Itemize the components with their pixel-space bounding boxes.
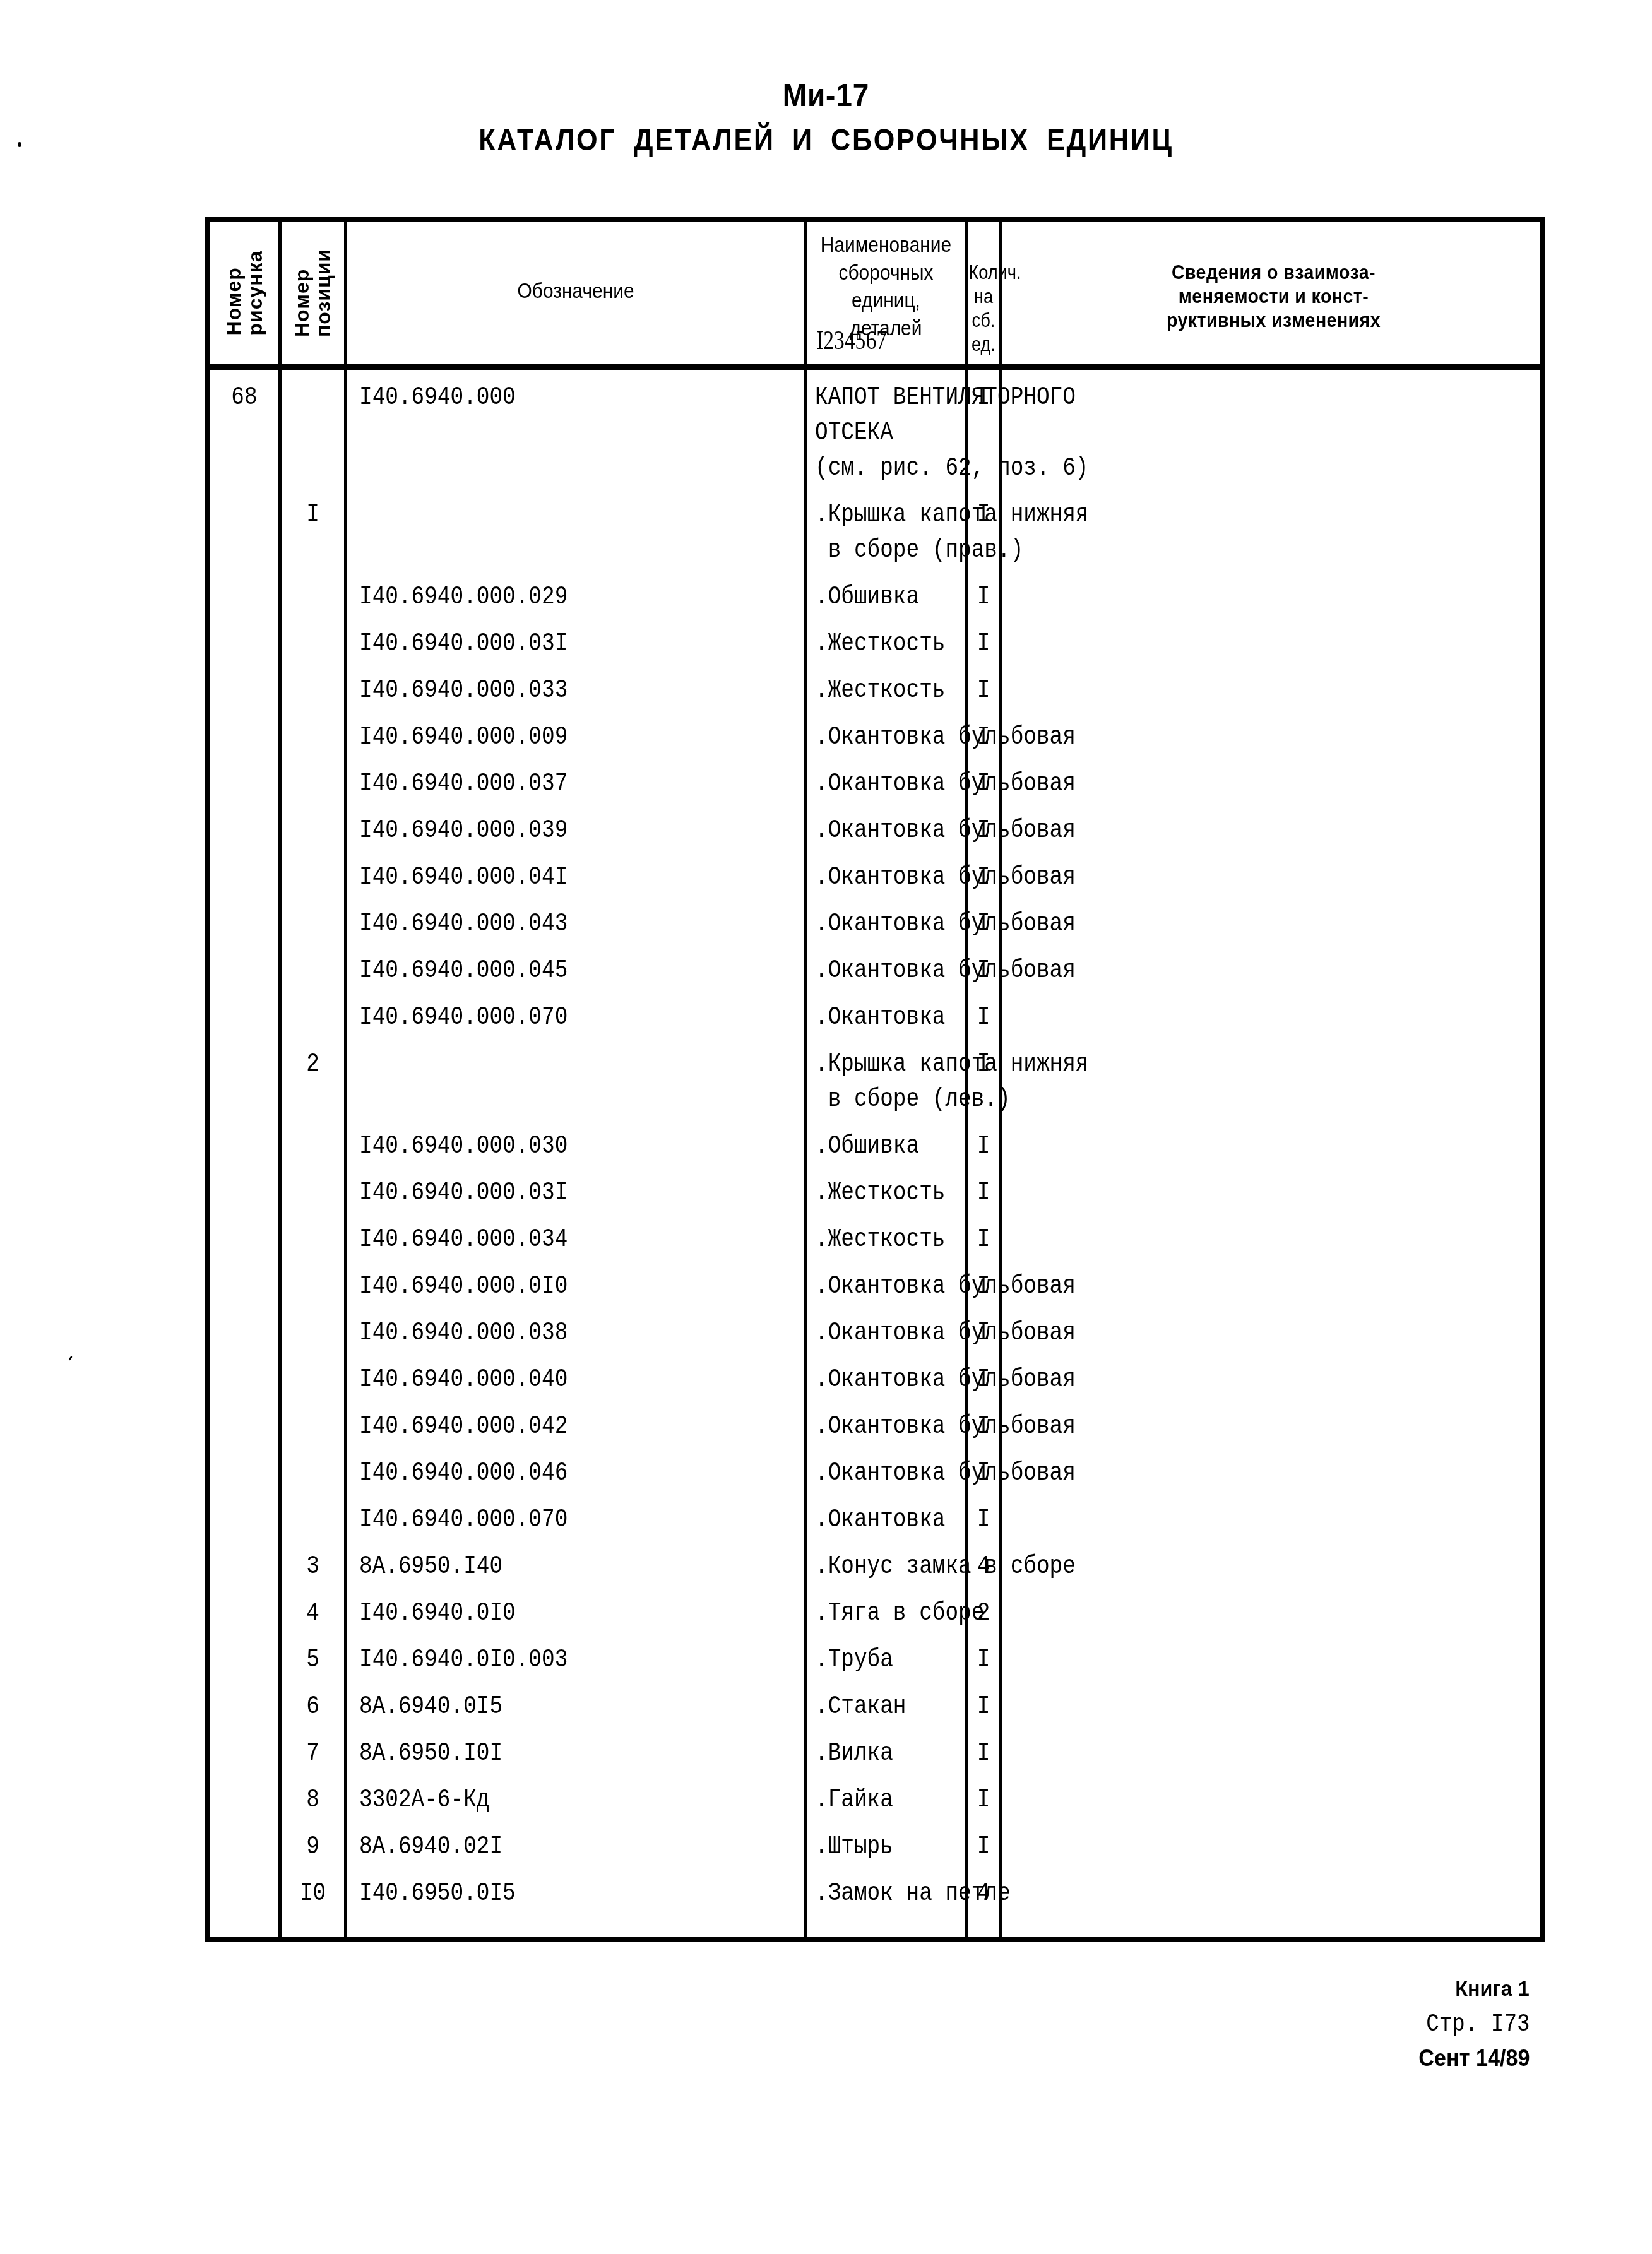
cell-name: .Окантовка бульбовая — [815, 1409, 1076, 1445]
cell-designation: I40.6940.000.040 — [359, 1363, 568, 1398]
cell-name-line: .Окантовка бульбовая — [815, 907, 1076, 942]
footer-page-number: Стр. I73 — [1426, 2011, 1530, 2038]
cell-name-line: .Жесткость — [815, 627, 945, 662]
cell-name-line: .Окантовка бульбовая — [815, 954, 1076, 989]
cell-designation: I40.6940.000.039 — [359, 814, 568, 849]
cell-name-line: .Гайка — [815, 1783, 893, 1818]
cell-qty: I — [970, 954, 997, 989]
cell-designation: I40.6940.000.045 — [359, 954, 568, 989]
cell-name-line: .Обшивка — [815, 1129, 919, 1165]
cell-qty: I — [970, 1783, 997, 1818]
catalog-title: КАТАЛОГ ДЕТАЛЕЙ И СБОРОЧНЫХ ЕДИНИЦ — [83, 123, 1569, 158]
cell-name: .Окантовка бульбовая — [815, 1363, 1076, 1398]
cell-name: .Окантовка бульбовая — [815, 860, 1076, 896]
cell-position-no: 3 — [286, 1550, 340, 1585]
cell-name: .Окантовка бульбовая — [815, 1456, 1076, 1492]
cell-designation: 8A.6940.02I — [359, 1830, 502, 1865]
cell-qty: I — [970, 1269, 997, 1305]
cell-designation: I40.6940.000.070 — [359, 1000, 568, 1036]
header-designation: Обозначение — [374, 277, 776, 305]
cell-name: .Окантовка бульбовая — [815, 1316, 1076, 1351]
cell-name-line: в сборе (прав.) — [815, 533, 1089, 569]
cell-qty: I — [970, 627, 997, 662]
cell-name-line: .Труба — [815, 1643, 893, 1678]
header-figure-no: Номер рисунка — [210, 222, 278, 364]
cell-name-line: .Окантовка бульбовая — [815, 814, 1076, 849]
cell-designation: 8A.6940.0I5 — [359, 1690, 502, 1725]
cell-name-line: .Жесткость — [815, 1176, 945, 1211]
cell-position-no: 2 — [286, 1047, 340, 1083]
cell-position-no: 4 — [286, 1596, 340, 1632]
cell-name-line: .Окантовка бульбовая — [815, 767, 1076, 802]
cell-name: .Окантовка бульбовая — [815, 720, 1076, 756]
cell-qty: I — [970, 1363, 997, 1398]
cell-position-no: I0 — [286, 1877, 340, 1912]
cell-name-line: .Окантовка бульбовая — [815, 1409, 1076, 1445]
cell-name-line: .Тяга в сборе — [815, 1596, 984, 1632]
cell-name: .Окантовка — [815, 1503, 945, 1538]
cell-designation: I40.6940.000.029 — [359, 580, 568, 615]
cell-designation: I40.6940.0I0.003 — [359, 1643, 568, 1678]
scan-speck — [18, 142, 21, 147]
cell-designation: I40.6940.000.038 — [359, 1316, 568, 1351]
cell-designation: I40.6940.000.046 — [359, 1456, 568, 1492]
cell-name: .Крышка капота нижняя в сборе (прав.) — [815, 498, 1089, 569]
cell-position-no: 6 — [286, 1690, 340, 1725]
cell-designation: I40.6940.000.043 — [359, 907, 568, 942]
cell-name-line: .Окантовка бульбовая — [815, 1363, 1076, 1398]
parts-catalog-table: Номер рисунка Номер позиции Обозначение … — [205, 217, 1545, 1942]
cell-name: .Штырь — [815, 1830, 893, 1865]
cell-designation: I40.6940.000.042 — [359, 1409, 568, 1445]
cell-name-line: .Крышка капота нижняя — [815, 1047, 1089, 1083]
cell-designation: I40.6940.000 — [359, 381, 516, 416]
cell-name-line: .Конус замка в сборе — [815, 1550, 1076, 1585]
cell-designation: 8A.6950.I40 — [359, 1550, 502, 1585]
cell-qty: I — [970, 1047, 997, 1083]
cell-qty: I — [970, 1129, 997, 1165]
header-notes-line2: меняемости и конст- — [1024, 285, 1523, 309]
column-divider — [804, 222, 807, 1937]
cell-name: .Труба — [815, 1643, 893, 1678]
header-qty-line3: сб. ед. — [968, 309, 999, 357]
cell-designation: I40.6940.000.037 — [359, 767, 568, 802]
footer-book: Книга 1 — [1456, 1977, 1530, 2002]
cell-designation: I40.6940.000.070 — [359, 1503, 568, 1538]
header-name-line2: сборочных единиц, — [817, 259, 955, 314]
cell-name: .Окантовка бульбовая — [815, 907, 1076, 942]
cell-qty: I — [970, 814, 997, 849]
cell-designation: I40.6940.000.04I — [359, 860, 568, 896]
header-qty-line2: на — [968, 285, 999, 309]
cell-qty: 4 — [970, 1550, 997, 1585]
cell-qty: I — [970, 907, 997, 942]
cell-position-no: I — [286, 498, 340, 533]
cell-designation: 8A.6950.I0I — [359, 1736, 502, 1772]
cell-name-line: (см. рис. 62, поз. 6) — [815, 451, 1089, 487]
cell-position-no: 9 — [286, 1830, 340, 1865]
cell-name: .Обшивка — [815, 1129, 919, 1165]
column-divider — [344, 222, 347, 1937]
cell-designation: I40.6940.000.009 — [359, 720, 568, 756]
cell-qty: I — [970, 1176, 997, 1211]
cell-designation: I40.6940.0I0 — [359, 1596, 516, 1632]
cell-name-line: в сборе (лев.) — [815, 1083, 1089, 1118]
cell-name: .Конус замка в сборе — [815, 1550, 1076, 1585]
header-notes-line3: руктивных изменениях — [1024, 309, 1523, 333]
cell-qty: I — [970, 673, 997, 709]
scan-speck — [68, 1356, 73, 1361]
cell-name: .Жесткость — [815, 1223, 945, 1258]
header-position-no-line1: Номер — [292, 249, 313, 337]
cell-name-line: КАПОТ ВЕНТИЛЯТОРНОГО — [815, 381, 1089, 416]
cell-qty: I — [970, 381, 997, 416]
cell-qty: I — [970, 498, 997, 533]
cell-qty: I — [970, 1223, 997, 1258]
cell-name-line: .Жесткость — [815, 673, 945, 709]
footer-revision-date: Сент 14/89 — [1418, 2045, 1530, 2072]
cell-name: .Жесткость — [815, 627, 945, 662]
cell-figure-no: 68 — [215, 381, 274, 416]
cell-designation: I40.6940.000.03I — [359, 627, 568, 662]
cell-qty: I — [970, 767, 997, 802]
cell-qty: I — [970, 1690, 997, 1725]
cell-name-line: .Окантовка бульбовая — [815, 720, 1076, 756]
cell-name: .Гайка — [815, 1783, 893, 1818]
cell-qty: I — [970, 1316, 997, 1351]
column-divider — [278, 222, 282, 1937]
cell-qty: I — [970, 580, 997, 615]
header-figure-no-line2: рисунка — [244, 251, 266, 336]
cell-designation: 3302A-6-Кд — [359, 1783, 489, 1818]
cell-qty: I — [970, 1830, 997, 1865]
cell-designation: I40.6940.000.034 — [359, 1223, 568, 1258]
cell-position-no: 5 — [286, 1643, 340, 1678]
cell-name-line: .Крышка капота нижняя — [815, 498, 1089, 533]
cell-name: .Жесткость — [815, 1176, 945, 1211]
cell-position-no: 8 — [286, 1783, 340, 1818]
cell-name-line: .Обшивка — [815, 580, 919, 615]
cell-designation: I40.6940.000.0I0 — [359, 1269, 568, 1305]
cell-name: КАПОТ ВЕНТИЛЯТОРНОГООТСЕКА(см. рис. 62, … — [815, 381, 1089, 487]
cell-qty: I — [970, 1736, 997, 1772]
cell-position-no: 7 — [286, 1736, 340, 1772]
cell-name: .Крышка капота нижняя в сборе (лев.) — [815, 1047, 1089, 1118]
cell-designation: I40.6940.000.03I — [359, 1176, 568, 1211]
cell-qty: I — [970, 1000, 997, 1036]
cell-name-line: .Окантовка — [815, 1503, 945, 1538]
cell-qty: I — [970, 860, 997, 896]
cell-name-line: .Жесткость — [815, 1223, 945, 1258]
cell-qty: 4 — [970, 1877, 997, 1912]
header-figure-no-line1: Номер — [223, 251, 244, 336]
cell-name: .Обшивка — [815, 580, 919, 615]
header-name-line1: Наименование — [817, 231, 955, 259]
header-qty: Колич. на сб. ед. — [968, 261, 999, 357]
cell-qty: I — [970, 1643, 997, 1678]
cell-name: .Окантовка бульбовая — [815, 1269, 1076, 1305]
cell-name: .Окантовка — [815, 1000, 945, 1036]
cell-name: .Стакан — [815, 1690, 906, 1725]
header-divider — [210, 364, 1540, 370]
cell-designation: I40.6940.000.033 — [359, 673, 568, 709]
cell-qty: 2 — [970, 1596, 997, 1632]
cell-name: .Окантовка бульбовая — [815, 767, 1076, 802]
header-position-no: Номер позиции — [282, 222, 344, 364]
header-qty-line1: Колич. — [968, 261, 999, 285]
cell-name-line: .Окантовка бульбовая — [815, 1456, 1076, 1492]
cell-name-line: .Стакан — [815, 1690, 906, 1725]
cell-name-line: ОТСЕКА — [815, 416, 1089, 451]
header-notes: Сведения о взаимоза- меняемости и конст-… — [1024, 261, 1523, 333]
cell-name: .Окантовка бульбовая — [815, 814, 1076, 849]
cell-name-line: .Окантовка бульбовая — [815, 1269, 1076, 1305]
cell-name: .Жесткость — [815, 673, 945, 709]
cell-qty: I — [970, 1456, 997, 1492]
cell-qty: I — [970, 1503, 997, 1538]
cell-name: .Тяга в сборе — [815, 1596, 984, 1632]
cell-qty: I — [970, 720, 997, 756]
header-name-indent-scale: I234567 — [816, 326, 887, 356]
cell-designation: I40.6950.0I5 — [359, 1877, 516, 1912]
header-position-no-line2: позиции — [313, 249, 335, 337]
aircraft-model-title: Ми-17 — [66, 77, 1586, 114]
cell-name: .Окантовка бульбовая — [815, 954, 1076, 989]
cell-name-line: .Окантовка бульбовая — [815, 860, 1076, 896]
cell-name: .Вилка — [815, 1736, 893, 1772]
cell-name-line: .Окантовка — [815, 1000, 945, 1036]
cell-name-line: .Вилка — [815, 1736, 893, 1772]
header-notes-line1: Сведения о взаимоза- — [1024, 261, 1523, 285]
cell-designation: I40.6940.000.030 — [359, 1129, 568, 1165]
cell-name-line: .Штырь — [815, 1830, 893, 1865]
cell-name-line: .Окантовка бульбовая — [815, 1316, 1076, 1351]
cell-qty: I — [970, 1409, 997, 1445]
